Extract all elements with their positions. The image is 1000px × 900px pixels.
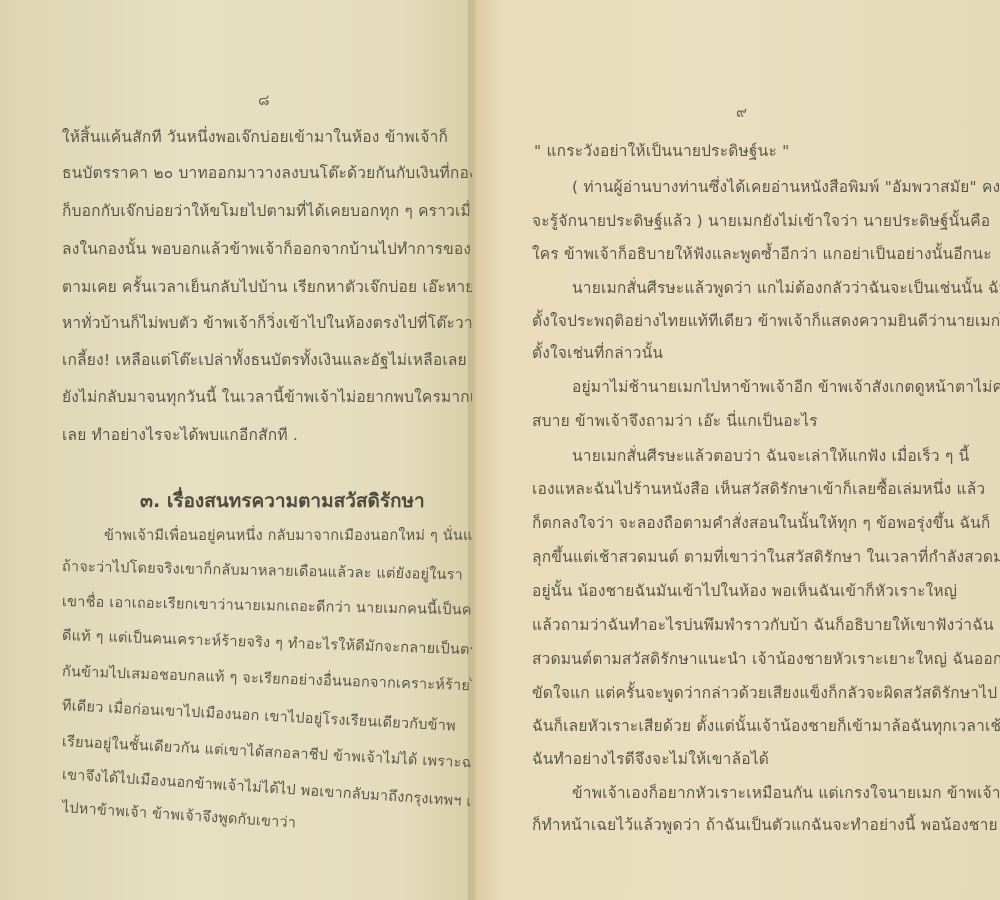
text-line: ข้าพเจ้าเองก็อยากหัวเราะเหมือนกัน แต่เกร…: [572, 780, 1000, 805]
left-page: ๘ ให้สิ้นแค้นสักที วันหนึ่งพอเจ๊กบ่อยเข้…: [0, 0, 472, 900]
text-line: นายเมกสั่นศีรษะแล้วตอบว่า ฉันจะเล่าให้แก…: [572, 443, 969, 468]
text-line: อยู่นั้น น้องชายฉันมันเข้าไปในห้อง พอเห็…: [532, 578, 957, 603]
section-heading: ๓. เรื่องสนทรความตามสวัสดิรักษา: [140, 486, 425, 516]
text-line: ยังไม่กลับมาจนทุกวันนี้ ในเวลานี้ข้าพเจ้…: [62, 384, 472, 409]
text-line: สวดมนต์ตามสวัสดิรักษาแนะนำ เจ้าน้องชายหั…: [532, 646, 1000, 671]
text-line: เกลี้ยง! เหลือแต่โต๊ะเปล่าทั้งธนบัตรทั้ง…: [62, 347, 472, 372]
text-line: ถ้าจะว่าไปโดยจริงเขาก็กลับมาหลายเดือนแล้…: [62, 555, 463, 586]
page-number: ๙: [736, 100, 747, 124]
text-line: สบาย ข้าพเจ้าจึงถามว่า เอ๊ะ นี่แกเป็นอะไ…: [532, 408, 818, 433]
text-line: ใคร ข้าพเจ้าก็อธิบายให้ฟังและพูดซ้ำอีกว่…: [532, 241, 992, 266]
text-line: หาทั่วบ้านก็ไม่พบตัว ข้าพเจ้าก็วิ่งเข้าไ…: [62, 310, 472, 335]
text-line: กันข้ามไปเสมอชอบกลแท้ ๆ จะเรียกอย่างอื่น…: [62, 660, 472, 698]
text-line: อยู่มาไม่ช้านายเมกไปหาข้าพเจ้าอีก ข้าพเจ…: [572, 374, 1000, 399]
book-gutter: [468, 0, 478, 900]
open-book: ๘ ให้สิ้นแค้นสักที วันหนึ่งพอเจ๊กบ่อยเข้…: [0, 0, 1000, 900]
text-line: ก็ทำหน้าเฉยไว้แล้วพูดว่า ถ้าฉันเป็นตัวแก…: [532, 812, 998, 837]
text-line: แล้วถามว่าฉันทำอะไรบ่นพึมพำราวกับบ้า ฉัน…: [532, 612, 994, 637]
text-line: ให้สิ้นแค้นสักที วันหนึ่งพอเจ๊กบ่อยเข้าม…: [62, 124, 448, 149]
text-line: ข้าพเจ้ามีเพื่อนอยู่คนหนึ่ง กลับมาจากเมื…: [104, 524, 472, 547]
page-number: ๘: [258, 88, 270, 112]
text-line: ตั้งใจเช่นที่กล่าวนั้น: [532, 340, 663, 365]
text-line: เลย ทำอย่างไรจะได้พบแกอีกสักที .: [62, 422, 298, 447]
text-line: ลงในกองนั้น พอบอกแล้วข้าพเจ้าก็ออกจากบ้า…: [62, 236, 472, 261]
text-line: " แกระวังอย่าให้เป็นนายประดิษฐ์นะ ": [534, 138, 789, 163]
text-line: ตั้งใจประพฤติอย่างไทยแท้ทีเดียว ข้าพเจ้า…: [532, 308, 1000, 333]
text-line: ธนบัตรราคา ๒๐ บาทออกมาวางลงบนโต๊ะด้วยกัน…: [62, 160, 472, 185]
text-line: ดีแท้ ๆ แต่เป็นคนเคราะห์ร้ายจริง ๆ ทำอะไ…: [62, 624, 472, 661]
text-line: ไปหาข้าพเจ้า ข้าพเจ้าจึงพูดกับเขาว่า: [61, 796, 297, 835]
text-line: นายเมกสั่นศีรษะแล้วพูดว่า แกไม่ต้องกลัวว…: [572, 275, 1000, 300]
text-line: ( ท่านผู้อ่านบางท่านซึ่งได้เคยอ่านหนังสื…: [572, 174, 1000, 199]
text-line: จะรู้จักนายประดิษฐ์แล้ว ) นายเมกยังไม่เข…: [532, 208, 990, 233]
text-line: ก็ตกลงใจว่า จะลองถือตามคำสั่งสอนในนั้นให…: [532, 510, 991, 535]
text-line: ฉันทำอย่างไรดีจึงจะไม่ให้เขาล้อได้: [532, 746, 769, 771]
text-line: ลุกขึ้นแต่เช้าสวดมนต์ ตามที่เขาว่าในสวัส…: [532, 544, 1000, 569]
text-line: ฉันก็เลยหัวเราะเสียด้วย ตั้งแต่นั้นเจ้าน…: [532, 713, 1000, 738]
text-line: ขัดใจแก แต่ครั้นจะพูดว่ากล่าวด้วยเสียงแข…: [532, 680, 997, 705]
text-line: ตามเคย ครั้นเวลาเย็นกลับไปบ้าน เรียกหาตั…: [62, 274, 472, 299]
text-line: ทีเดียว เมื่อก่อนเขาไปเมืองนอก เขาไปอยู่…: [61, 694, 456, 738]
right-page: ๙ " แกระวังอย่าให้เป็นนายประดิษฐ์นะ " ( …: [472, 0, 1000, 900]
text-line: เองแหละฉันไปร้านหนังสือ เห็นสวัสดิรักษาเ…: [532, 476, 985, 501]
text-line: เขาชื่อ เอาเถอะเรียกเขาว่านายเมกเถอะดีกว…: [62, 590, 472, 622]
text-line: ก็บอกกับเจ๊กบ่อยว่าให้ขโมยไปตามที่ได้เคย…: [62, 198, 472, 223]
